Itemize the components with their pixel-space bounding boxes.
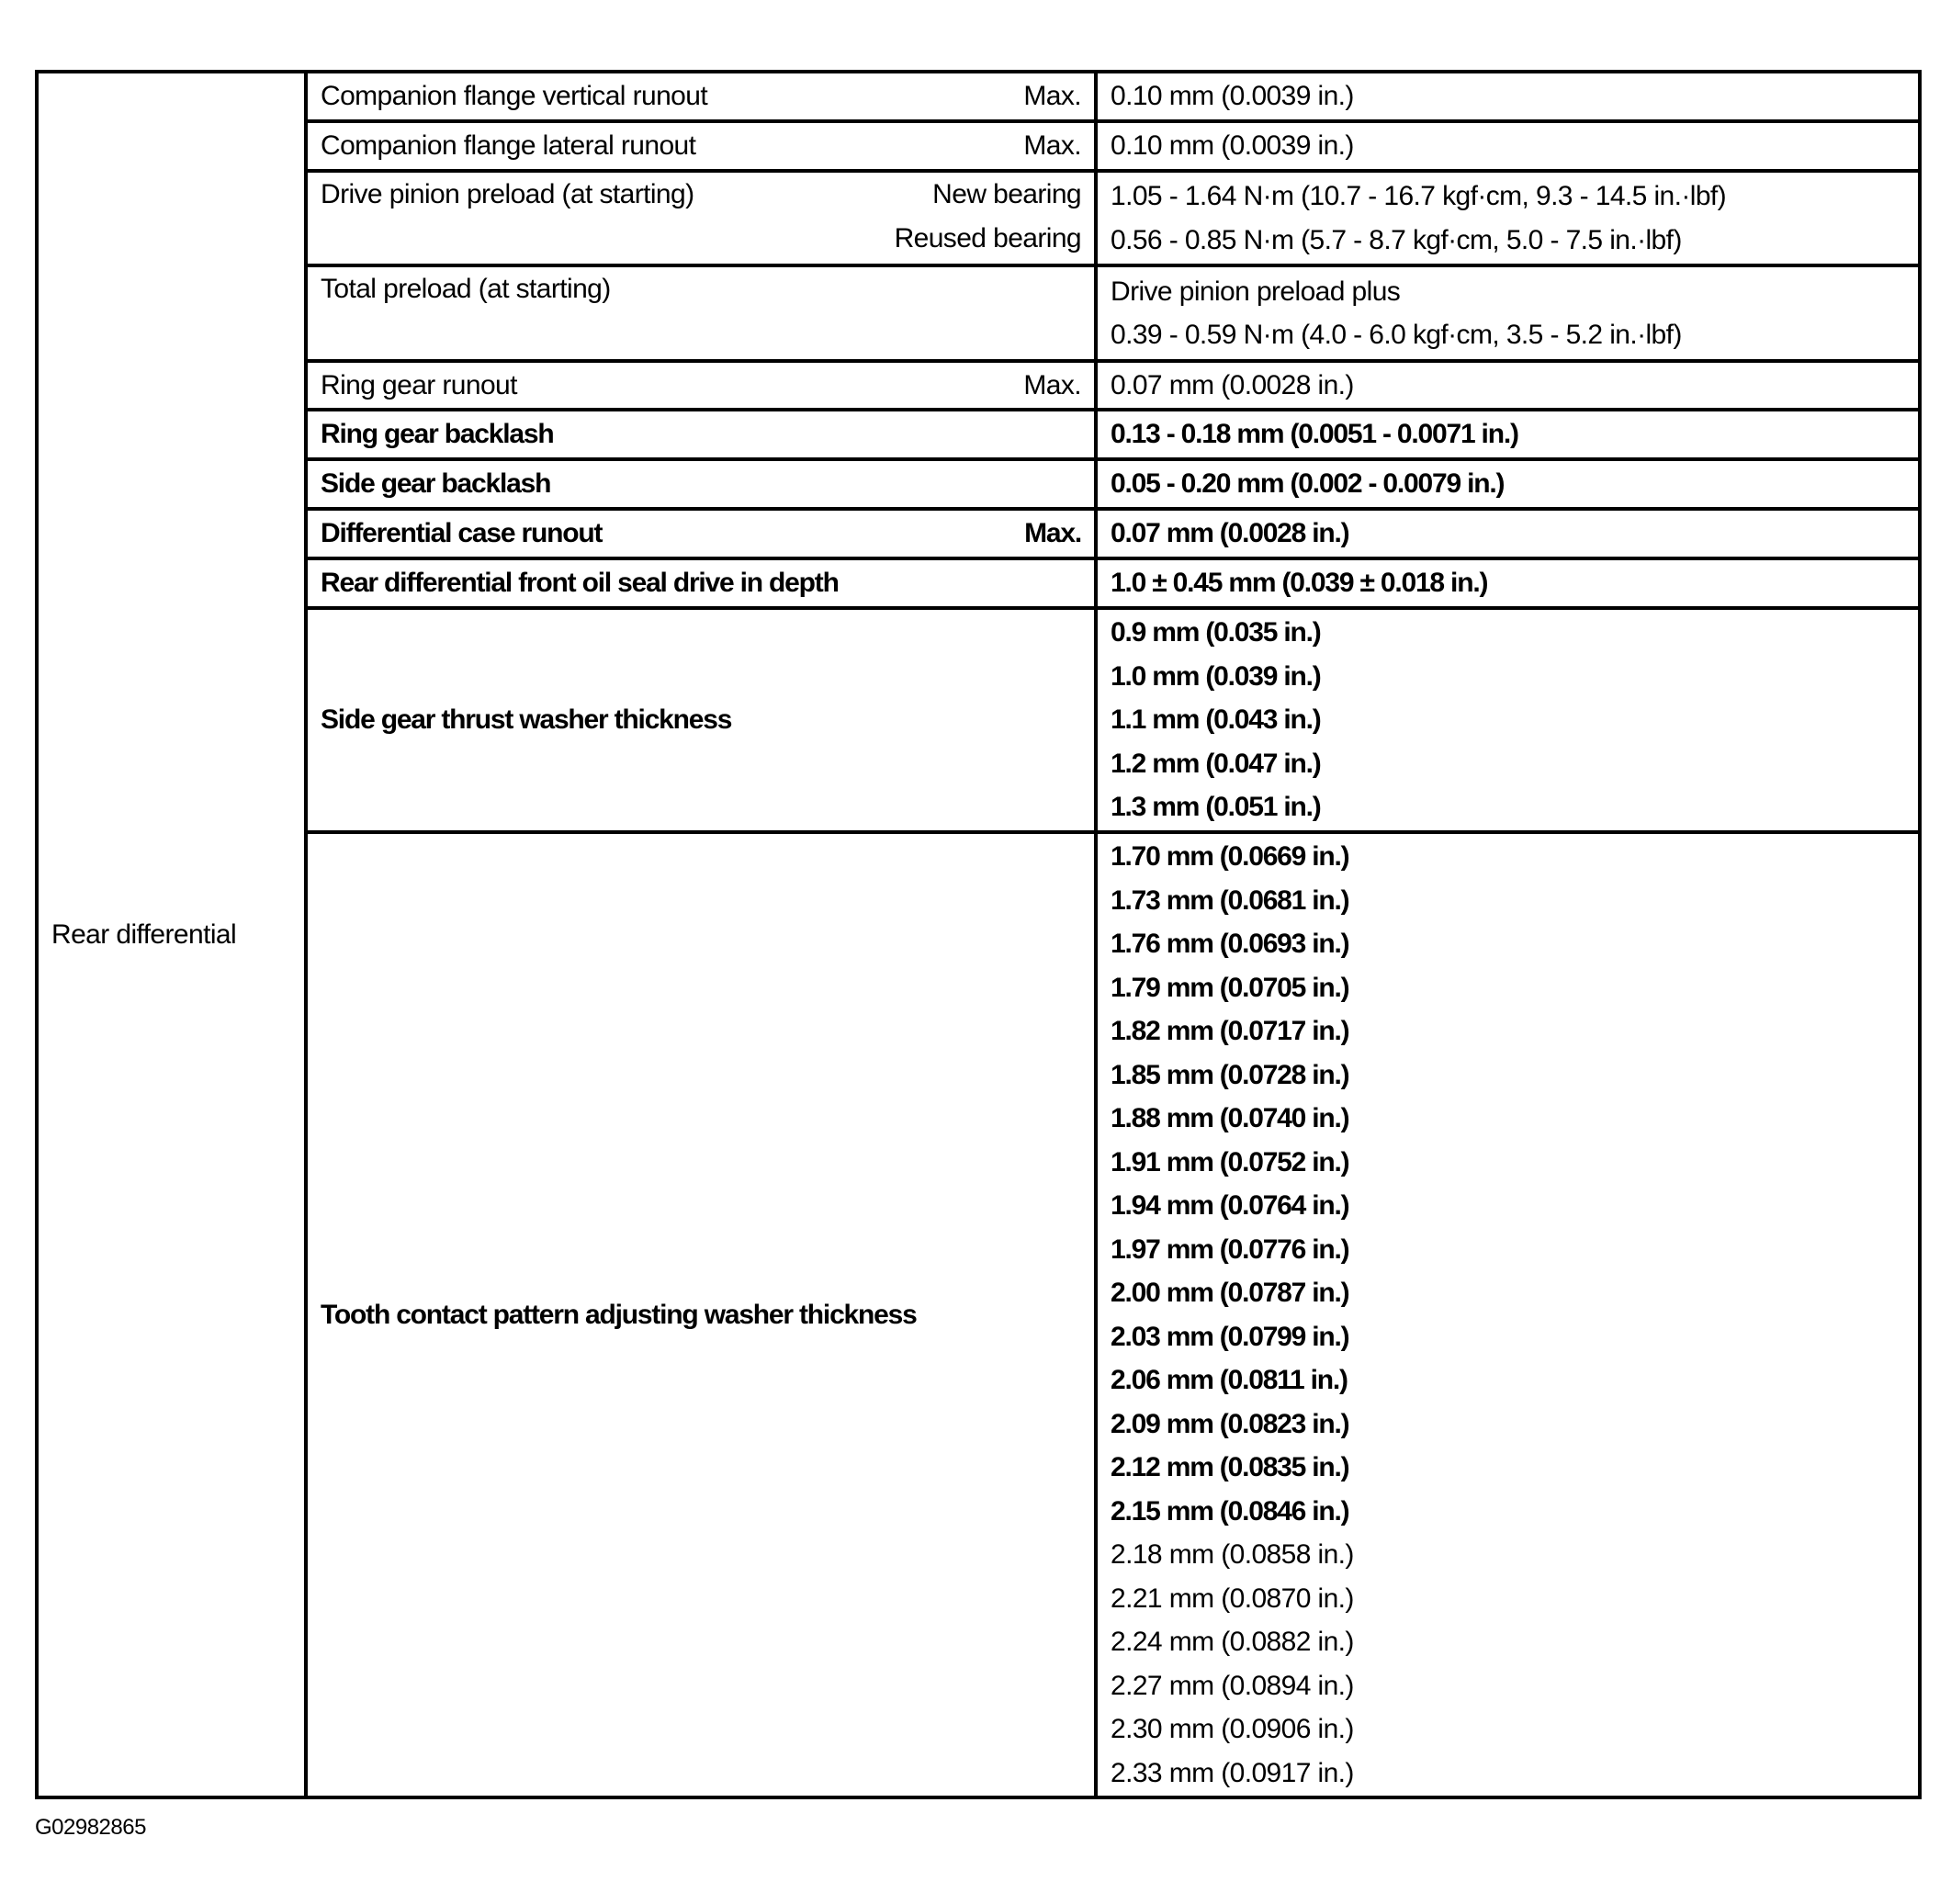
item-name: Companion flange lateral runout (321, 124, 695, 168)
item-name: Side gear thrust washer thickness (321, 698, 731, 742)
item-cell: Drive pinion preload (at starting)New be… (306, 171, 1096, 265)
table-row: Drive pinion preload (at starting)New be… (37, 171, 1920, 265)
table-row: Rear differential front oil seal drive i… (37, 558, 1920, 608)
spec-value: 1.85 mm (0.0728 in.) (1111, 1053, 1905, 1098)
spec-table: Rear differentialCompanion flange vertic… (35, 70, 1922, 1799)
spec-value: Drive pinion preload plus (1111, 270, 1905, 314)
item-cell: Side gear thrust washer thickness (306, 608, 1096, 832)
item-qualifier: Max. (1023, 74, 1081, 118)
spec-value: 1.97 mm (0.0776 in.) (1111, 1228, 1905, 1272)
spec-value: 0.10 mm (0.0039 in.) (1111, 74, 1905, 118)
item-cell: Companion flange vertical runoutMax. (306, 72, 1096, 121)
item-cell: Side gear backlash (306, 459, 1096, 509)
value-cell: 0.05 - 0.20 mm (0.002 - 0.0079 in.) (1096, 459, 1920, 509)
item-name: Ring gear backlash (321, 412, 554, 456)
spec-value: 2.03 mm (0.0799 in.) (1111, 1315, 1905, 1359)
group-label: Rear differential (37, 72, 306, 1797)
table-row: Differential case runoutMax.0.07 mm (0.0… (37, 509, 1920, 558)
spec-value: 1.79 mm (0.0705 in.) (1111, 966, 1905, 1010)
table-row: Total preload (at starting)Drive pinion … (37, 265, 1920, 361)
spec-value: 2.00 mm (0.0787 in.) (1111, 1271, 1905, 1315)
spec-value: 0.9 mm (0.035 in.) (1111, 611, 1905, 655)
value-cell: Drive pinion preload plus0.39 - 0.59 N·m… (1096, 265, 1920, 361)
item-name: Side gear backlash (321, 462, 550, 506)
item-cell: Ring gear runoutMax. (306, 361, 1096, 410)
spec-value: 2.33 mm (0.0917 in.) (1111, 1752, 1905, 1796)
item-qualifier: Max. (1024, 512, 1081, 556)
table-row: Rear differentialCompanion flange vertic… (37, 72, 1920, 121)
item-cell: Tooth contact pattern adjusting washer t… (306, 832, 1096, 1797)
value-cell: 1.0 ± 0.45 mm (0.039 ± 0.018 in.) (1096, 558, 1920, 608)
item-name: Drive pinion preload (at starting) (321, 173, 694, 217)
item-name: Tooth contact pattern adjusting washer t… (321, 1293, 917, 1337)
item-name: Ring gear runout (321, 364, 517, 408)
table-row: Companion flange lateral runoutMax.0.10 … (37, 121, 1920, 171)
spec-value: 0.07 mm (0.0028 in.) (1111, 512, 1905, 556)
item-name: Total preload (at starting) (321, 267, 611, 311)
table-row: Side gear thrust washer thickness0.9 mm … (37, 608, 1920, 832)
spec-value: 0.39 - 0.59 N·m (4.0 - 6.0 kgf·cm, 3.5 -… (1111, 313, 1905, 357)
item-cell: Companion flange lateral runoutMax. (306, 121, 1096, 171)
spec-value: 2.15 mm (0.0846 in.) (1111, 1490, 1905, 1534)
spec-value: 0.56 - 0.85 N·m (5.7 - 8.7 kgf·cm, 5.0 -… (1111, 219, 1905, 263)
spec-value: 2.12 mm (0.0835 in.) (1111, 1446, 1905, 1490)
spec-value: 0.10 mm (0.0039 in.) (1111, 124, 1905, 168)
spec-value: 1.70 mm (0.0669 in.) (1111, 835, 1905, 879)
value-cell: 0.10 mm (0.0039 in.) (1096, 72, 1920, 121)
spec-value: 1.94 mm (0.0764 in.) (1111, 1184, 1905, 1228)
item-qualifier: Max. (1023, 364, 1081, 408)
value-cell: 0.13 - 0.18 mm (0.0051 - 0.0071 in.) (1096, 410, 1920, 459)
spec-value: 2.18 mm (0.0858 in.) (1111, 1533, 1905, 1577)
spec-value: 1.05 - 1.64 N·m (10.7 - 16.7 kgf·cm, 9.3… (1111, 175, 1905, 219)
value-cell: 1.05 - 1.64 N·m (10.7 - 16.7 kgf·cm, 9.3… (1096, 171, 1920, 265)
spec-value: 1.0 mm (0.039 in.) (1111, 655, 1905, 699)
item-cell: Differential case runoutMax. (306, 509, 1096, 558)
spec-value: 0.07 mm (0.0028 in.) (1111, 364, 1905, 408)
spec-value: 1.73 mm (0.0681 in.) (1111, 879, 1905, 923)
spec-value: 2.09 mm (0.0823 in.) (1111, 1403, 1905, 1447)
figure-code: G02982865 (35, 1815, 146, 1841)
spec-value: 1.3 mm (0.051 in.) (1111, 785, 1905, 829)
spec-value: 0.13 - 0.18 mm (0.0051 - 0.0071 in.) (1111, 412, 1905, 456)
item-cell: Ring gear backlash (306, 410, 1096, 459)
table-row: Ring gear runoutMax.0.07 mm (0.0028 in.) (37, 361, 1920, 410)
spec-value: 2.27 mm (0.0894 in.) (1111, 1664, 1905, 1708)
spec-value: 1.2 mm (0.047 in.) (1111, 742, 1905, 786)
spec-value: 2.21 mm (0.0870 in.) (1111, 1577, 1905, 1621)
spec-value: 1.1 mm (0.043 in.) (1111, 698, 1905, 742)
spec-value: 1.82 mm (0.0717 in.) (1111, 1009, 1905, 1053)
spec-value: 1.76 mm (0.0693 in.) (1111, 922, 1905, 966)
table-row: Ring gear backlash0.13 - 0.18 mm (0.0051… (37, 410, 1920, 459)
item-name: Rear differential front oil seal drive i… (321, 561, 839, 605)
table-row: Tooth contact pattern adjusting washer t… (37, 832, 1920, 1797)
spec-value: 2.06 mm (0.0811 in.) (1111, 1358, 1905, 1403)
spec-value: 2.30 mm (0.0906 in.) (1111, 1707, 1905, 1752)
value-cell: 0.10 mm (0.0039 in.) (1096, 121, 1920, 171)
item-qualifier: Max. (1023, 124, 1081, 168)
spec-value: 1.0 ± 0.45 mm (0.039 ± 0.018 in.) (1111, 561, 1905, 605)
spec-value: 1.91 mm (0.0752 in.) (1111, 1141, 1905, 1185)
item-qualifier: New bearing (895, 173, 1081, 217)
value-cell: 0.07 mm (0.0028 in.) (1096, 509, 1920, 558)
spec-value: 0.05 - 0.20 mm (0.002 - 0.0079 in.) (1111, 462, 1905, 506)
item-cell: Total preload (at starting) (306, 265, 1096, 361)
spec-value: 2.24 mm (0.0882 in.) (1111, 1620, 1905, 1664)
table-row: Side gear backlash0.05 - 0.20 mm (0.002 … (37, 459, 1920, 509)
item-name: Companion flange vertical runout (321, 74, 707, 118)
item-qualifier: Reused bearing (895, 217, 1081, 261)
spec-value: 1.88 mm (0.0740 in.) (1111, 1097, 1905, 1141)
item-name: Differential case runout (321, 512, 602, 556)
value-cell: 0.9 mm (0.035 in.)1.0 mm (0.039 in.)1.1 … (1096, 608, 1920, 832)
value-cell: 0.07 mm (0.0028 in.) (1096, 361, 1920, 410)
item-cell: Rear differential front oil seal drive i… (306, 558, 1096, 608)
value-cell: 1.70 mm (0.0669 in.)1.73 mm (0.0681 in.)… (1096, 832, 1920, 1797)
